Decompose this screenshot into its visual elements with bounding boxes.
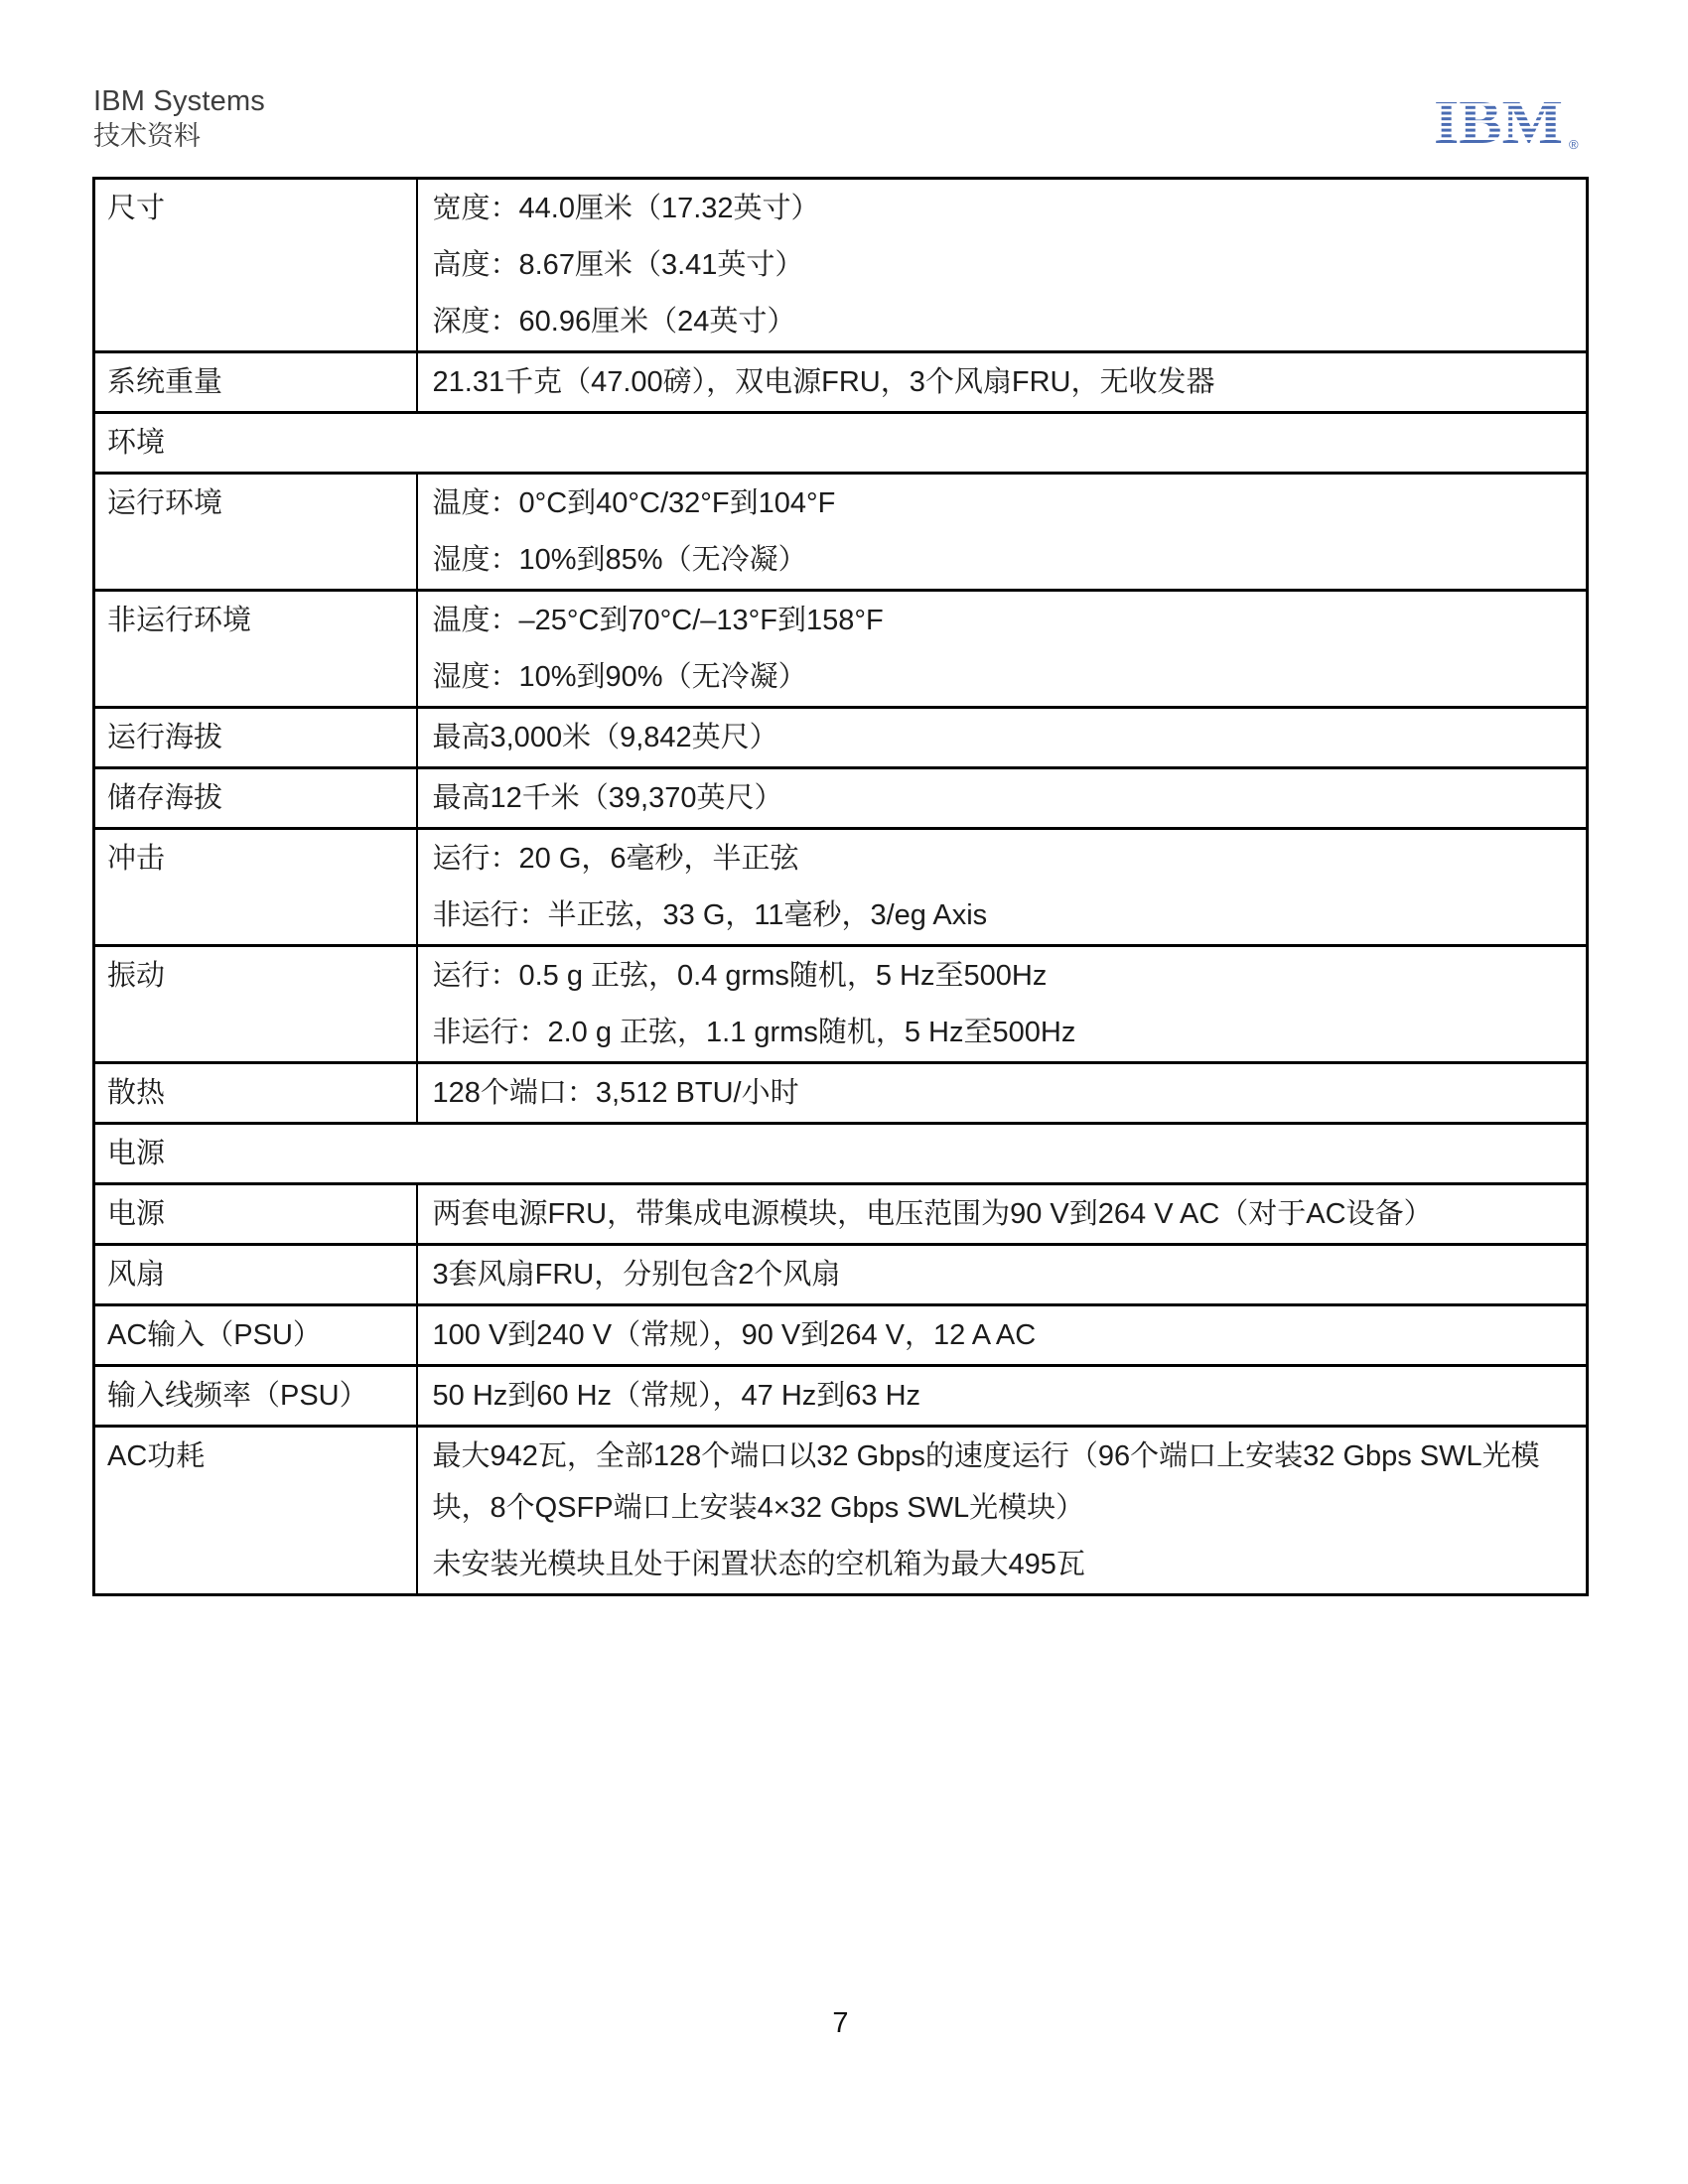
spec-value: 最大942瓦，全部128个端口以32 Gbps的速度运行（96个端口上安装32 … bbox=[417, 1427, 1588, 1595]
spec-value-line: 运行：20 G，6毫秒，半正弦 bbox=[433, 833, 1569, 885]
document-header: IBM Systems 技术资料 bbox=[93, 83, 265, 153]
spec-value: 两套电源FRU，带集成电源模块，电压范围为90 V到264 V AC（对于AC设… bbox=[417, 1184, 1588, 1245]
spec-value-line: 3套风扇FRU，分别包含2个风扇 bbox=[433, 1249, 1569, 1300]
section-row: 电源 bbox=[94, 1124, 1588, 1184]
spec-value: 50 Hz到60 Hz（常规），47 Hz到63 Hz bbox=[417, 1366, 1588, 1427]
spec-value-line: 湿度：10%到85%（无冷凝） bbox=[433, 534, 1569, 586]
spec-value-line: 两套电源FRU，带集成电源模块，电压范围为90 V到264 V AC（对于AC设… bbox=[433, 1188, 1569, 1240]
spec-value: 最高12千米（39,370英尺） bbox=[417, 768, 1588, 829]
spec-value-line: 温度：–25°C到70°C/–13°F到158°F bbox=[433, 595, 1569, 646]
spec-value: 3套风扇FRU，分别包含2个风扇 bbox=[417, 1245, 1588, 1305]
spec-label: 电源 bbox=[94, 1184, 417, 1245]
spec-value-line: 非运行：2.0 g 正弦，1.1 grms随机，5 Hz至500Hz bbox=[433, 1007, 1569, 1058]
spec-label: 储存海拔 bbox=[94, 768, 417, 829]
section-label: 电源 bbox=[94, 1124, 1588, 1184]
spec-label: 尺寸 bbox=[94, 179, 417, 352]
spec-value: 宽度：44.0厘米（17.32英寸）高度：8.67厘米（3.41英寸）深度：60… bbox=[417, 179, 1588, 352]
spec-table-body: 尺寸 宽度：44.0厘米（17.32英寸）高度：8.67厘米（3.41英寸）深度… bbox=[94, 179, 1588, 1595]
document-page: { "header": { "brand": "IBM Systems", "s… bbox=[0, 0, 1688, 2184]
spec-value: 128个端口：3,512 BTU/小时 bbox=[417, 1063, 1588, 1124]
spec-value-line: 最高3,000米（9,842英尺） bbox=[433, 712, 1569, 763]
section-label: 环境 bbox=[94, 413, 1588, 474]
table-row: 散热 128个端口：3,512 BTU/小时 bbox=[94, 1063, 1588, 1124]
spec-value: 21.31千克（47.00磅），双电源FRU，3个风扇FRU，无收发器 bbox=[417, 352, 1588, 413]
table-row: 振动 运行：0.5 g 正弦，0.4 grms随机，5 Hz至500Hz非运行：… bbox=[94, 946, 1588, 1063]
table-row: 系统重量 21.31千克（47.00磅），双电源FRU，3个风扇FRU，无收发器 bbox=[94, 352, 1588, 413]
spec-value: 100 V到240 V（常规），90 V到264 V，12 A AC bbox=[417, 1305, 1588, 1366]
ibm-logo-text: IBM bbox=[1434, 91, 1563, 157]
spec-label: 振动 bbox=[94, 946, 417, 1063]
spec-label: 散热 bbox=[94, 1063, 417, 1124]
table-row: 输入线频率（PSU） 50 Hz到60 Hz（常规），47 Hz到63 Hz bbox=[94, 1366, 1588, 1427]
spec-label: 运行海拔 bbox=[94, 708, 417, 768]
table-row: 风扇 3套风扇FRU，分别包含2个风扇 bbox=[94, 1245, 1588, 1305]
table-row: 运行海拔 最高3,000米（9,842英尺） bbox=[94, 708, 1588, 768]
spec-value-line: 温度：0°C到40°C/32°F到104°F bbox=[433, 478, 1569, 529]
table-row: 储存海拔 最高12千米（39,370英尺） bbox=[94, 768, 1588, 829]
spec-value-line: 100 V到240 V（常规），90 V到264 V，12 A AC bbox=[433, 1309, 1569, 1361]
ibm-logo-icon: IBM ® bbox=[1434, 91, 1583, 157]
registered-mark: ® bbox=[1569, 137, 1579, 152]
table-row: AC功耗 最大942瓦，全部128个端口以32 Gbps的速度运行（96个端口上… bbox=[94, 1427, 1588, 1595]
spec-value-line: 最大942瓦，全部128个端口以32 Gbps的速度运行（96个端口上安装32 … bbox=[433, 1431, 1569, 1534]
spec-value-line: 深度：60.96厘米（24英寸） bbox=[433, 296, 1569, 347]
spec-value-line: 非运行：半正弦，33 G，11毫秒，3/eg Axis bbox=[433, 889, 1569, 941]
spec-label: 系统重量 bbox=[94, 352, 417, 413]
spec-value-line: 高度：8.67厘米（3.41英寸） bbox=[433, 239, 1569, 291]
table-row: 冲击 运行：20 G，6毫秒，半正弦非运行：半正弦，33 G，11毫秒，3/eg… bbox=[94, 829, 1588, 946]
brand-title: IBM Systems bbox=[93, 83, 265, 119]
spec-value-line: 50 Hz到60 Hz（常规），47 Hz到63 Hz bbox=[433, 1370, 1569, 1422]
spec-value-line: 未安装光模块且处于闲置状态的空机箱为最大495瓦 bbox=[433, 1539, 1569, 1590]
table-row: 尺寸 宽度：44.0厘米（17.32英寸）高度：8.67厘米（3.41英寸）深度… bbox=[94, 179, 1588, 352]
table-row: 非运行环境 温度：–25°C到70°C/–13°F到158°F湿度：10%到90… bbox=[94, 591, 1588, 708]
spec-value: 运行：20 G，6毫秒，半正弦非运行：半正弦，33 G，11毫秒，3/eg Ax… bbox=[417, 829, 1588, 946]
spec-value: 最高3,000米（9,842英尺） bbox=[417, 708, 1588, 768]
spec-value: 温度：0°C到40°C/32°F到104°F湿度：10%到85%（无冷凝） bbox=[417, 474, 1588, 591]
spec-value-line: 湿度：10%到90%（无冷凝） bbox=[433, 651, 1569, 703]
spec-label: AC输入（PSU） bbox=[94, 1305, 417, 1366]
spec-label: 输入线频率（PSU） bbox=[94, 1366, 417, 1427]
spec-value-line: 运行：0.5 g 正弦，0.4 grms随机，5 Hz至500Hz bbox=[433, 950, 1569, 1002]
table-row: AC输入（PSU） 100 V到240 V（常规），90 V到264 V，12 … bbox=[94, 1305, 1588, 1366]
section-row: 环境 bbox=[94, 413, 1588, 474]
brand-subtitle: 技术资料 bbox=[93, 119, 265, 153]
table-row: 运行环境 温度：0°C到40°C/32°F到104°F湿度：10%到85%（无冷… bbox=[94, 474, 1588, 591]
spec-value-line: 21.31千克（47.00磅），双电源FRU，3个风扇FRU，无收发器 bbox=[433, 356, 1569, 408]
spec-value: 温度：–25°C到70°C/–13°F到158°F湿度：10%到90%（无冷凝） bbox=[417, 591, 1588, 708]
spec-value: 运行：0.5 g 正弦，0.4 grms随机，5 Hz至500Hz非运行：2.0… bbox=[417, 946, 1588, 1063]
spec-value-line: 宽度：44.0厘米（17.32英寸） bbox=[433, 183, 1569, 234]
spec-label: 运行环境 bbox=[94, 474, 417, 591]
ibm-logo-svg: IBM ® bbox=[1434, 91, 1583, 157]
spec-label: 非运行环境 bbox=[94, 591, 417, 708]
spec-label: 风扇 bbox=[94, 1245, 417, 1305]
spec-value-line: 最高12千米（39,370英尺） bbox=[433, 772, 1569, 824]
page-number: 7 bbox=[92, 2007, 1589, 2040]
spec-label: 冲击 bbox=[94, 829, 417, 946]
spec-value-line: 128个端口：3,512 BTU/小时 bbox=[433, 1067, 1569, 1119]
spec-table: 尺寸 宽度：44.0厘米（17.32英寸）高度：8.67厘米（3.41英寸）深度… bbox=[92, 177, 1589, 1596]
spec-label: AC功耗 bbox=[94, 1427, 417, 1595]
table-row: 电源 两套电源FRU，带集成电源模块，电压范围为90 V到264 V AC（对于… bbox=[94, 1184, 1588, 1245]
